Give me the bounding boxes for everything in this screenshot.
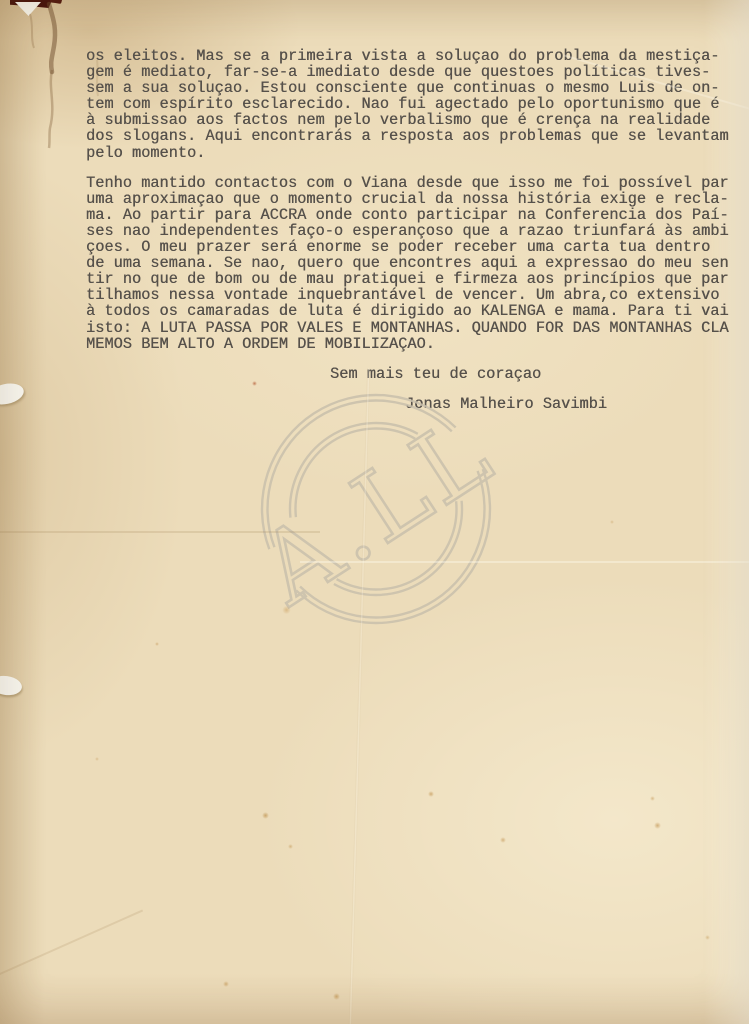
foxing-spot	[155, 642, 159, 646]
foxing-spot	[705, 935, 710, 940]
foxing-spot	[610, 520, 614, 524]
scanned-letter-page: os eleitos. Mas se a primeira vista a so…	[0, 0, 749, 1024]
foxing-spot	[95, 757, 99, 761]
foxing-spot	[262, 812, 269, 819]
diagonal-crease-bottom-left	[0, 910, 143, 981]
foxing-spot	[223, 981, 229, 987]
letter-paragraph-2: Tenho mantido contactos com o Viana desd…	[86, 175, 749, 352]
foxing-spot	[428, 791, 434, 797]
left-edge-chip-upper	[0, 380, 26, 407]
embossed-seal-stamp: A.LL	[245, 378, 507, 640]
foxing-spot	[333, 993, 340, 1000]
foxing-spot	[288, 844, 293, 849]
foxing-spot	[500, 837, 506, 843]
foxing-spot	[650, 796, 655, 801]
stain-streaks	[0, 0, 130, 150]
letter-paragraph-1: os eleitos. Mas se a primeira vista a so…	[86, 48, 749, 161]
left-edge-chip-lower	[0, 674, 23, 697]
foxing-spot	[654, 822, 661, 829]
letter-body: os eleitos. Mas se a primeira vista a so…	[86, 48, 749, 412]
